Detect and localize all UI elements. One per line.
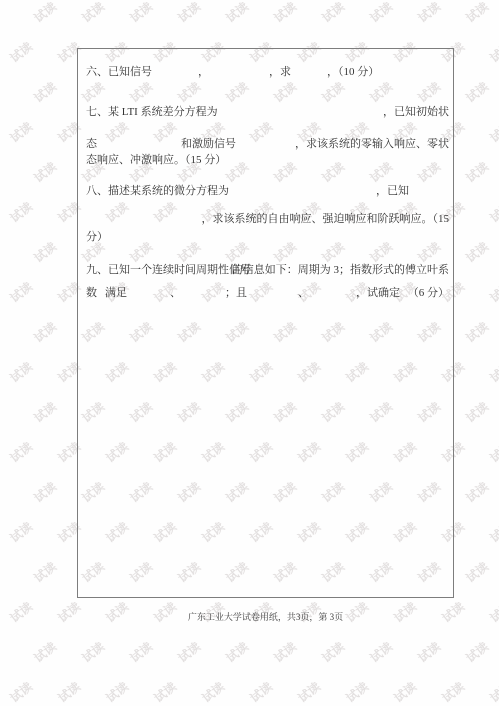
watermark-text: 试读 [414,638,443,666]
exam-content-border: 六、已知信号 ， ，求 ，（10 分） 七、某 LTI 系统差分方程为 ，已知初… [77,48,454,598]
watermark-text: 试读 [462,318,491,346]
watermark-text: 试读 [486,118,499,146]
list-separator-1: 、 [170,286,181,300]
watermark-text: 试读 [78,638,107,666]
watermark-text: 试读 [462,478,491,506]
watermark-text: 试读 [198,678,227,706]
question-7-known: ，已知初始状 [383,105,449,119]
question-7-label: 七、某 LTI 系统差分方程为 [86,105,218,119]
watermark-text: 试读 [486,358,499,386]
question-8-ask: ，求该系统的自由响应、强迫响应和阶跃响应。（15 [202,212,450,226]
watermark-text: 试读 [366,638,395,666]
question-8-line-1: 八、描述某系统的微分方程为 ，已知 [78,184,453,198]
watermark-text: 试读 [6,438,35,466]
watermark-text: 试读 [486,198,499,226]
watermark-text: 试读 [6,358,35,386]
watermark-text: 试读 [486,518,499,546]
question-7-line-2: 态 和激励信号 ，求该系统的零输入响应、零状 [78,137,453,151]
watermark-text: 试读 [462,398,491,426]
watermark-text: 试读 [414,0,443,26]
watermark-text: 试读 [270,0,299,26]
formula-gap-comma: ， [198,65,209,79]
question-7-line-3: 态响应、冲激响应。（15 分） [78,153,453,167]
question-9-and: ；且 [225,286,247,300]
question-9-score: （6 分） [408,286,449,300]
watermark-text: 试读 [270,638,299,666]
watermark-text: 试读 [30,0,59,26]
watermark-text: 试读 [126,0,155,26]
question-6-ask: ，求 [269,65,291,79]
question-8-line-2: ，求该系统的自由响应、强迫响应和阶跃响应。（15 [78,212,453,226]
question-7-score: 态响应、冲激响应。（15 分） [86,153,226,167]
question-9-determine: ，试确定 [356,286,400,300]
watermark-text: 试读 [30,638,59,666]
watermark-text: 试读 [174,0,203,26]
watermark-text: 试读 [30,158,59,186]
question-7-state: 态 [86,137,97,151]
watermark-text: 试读 [30,558,59,586]
watermark-text: 试读 [6,678,35,706]
watermark-text: 试读 [342,678,371,706]
list-separator-2: 、 [298,286,309,300]
watermark-text: 试读 [246,678,275,706]
watermark-text: 试读 [6,598,35,626]
question-7-ask: ，求该系统的零输入响应、零状 [295,137,449,151]
watermark-text: 试读 [222,0,251,26]
watermark-text: 试读 [294,678,323,706]
watermark-text: 试读 [462,238,491,266]
watermark-text: 试读 [6,38,35,66]
watermark-text: 试读 [486,38,499,66]
watermark-text: 试读 [462,78,491,106]
watermark-text: 试读 [30,238,59,266]
watermark-text: 试读 [150,678,179,706]
watermark-text: 试读 [30,318,59,346]
question-9-line-1: 九、已知一个连续时间周期性信号 的信息如下：周期为 3；指数形式的傅立叶系 [78,263,453,277]
question-8-label: 八、描述某系统的微分方程为 [86,184,229,198]
scanned-exam-page: 试读试读试读试读试读试读试读试读试读试读试读试读试读试读试读试读试读试读试读试读… [0,0,499,706]
question-6-label: 六、已知信号 [86,65,152,79]
watermark-text: 试读 [318,638,347,666]
watermark-text: 试读 [102,678,131,706]
watermark-text: 试读 [30,78,59,106]
question-6-score: ，（10 分） [327,65,379,79]
watermark-text: 试读 [126,638,155,666]
watermark-text: 试读 [486,278,499,306]
watermark-text: 试读 [462,158,491,186]
watermark-text: 试读 [318,0,347,26]
watermark-text: 试读 [366,0,395,26]
question-9-line-2: 数 满足 、 ；且 、 ，试确定 （6 分） [78,286,453,300]
question-6-line: 六、已知信号 ， ，求 ，（10 分） [78,65,453,79]
watermark-text: 试读 [438,678,467,706]
watermark-text: 试读 [30,478,59,506]
watermark-text: 试读 [30,398,59,426]
question-7-excitation: 和激励信号 [181,137,236,151]
watermark-text: 试读 [390,678,419,706]
question-9-label: 九、已知一个连续时间周期性信号 [86,263,251,277]
watermark-text: 试读 [462,638,491,666]
watermark-text: 试读 [54,678,83,706]
watermark-text: 试读 [486,678,499,706]
watermark-text: 试读 [486,598,499,626]
watermark-text: 试读 [174,638,203,666]
question-9-satisfy: 满足 [105,286,127,300]
watermark-text: 试读 [6,518,35,546]
question-9-coeff: 数 [86,286,97,300]
question-8-line-3: 分） [78,230,453,244]
question-8-score-tail: 分） [86,230,108,244]
watermark-text: 试读 [462,0,491,26]
watermark-text: 试读 [486,438,499,466]
watermark-text: 试读 [78,0,107,26]
watermark-text: 试读 [6,198,35,226]
question-7-line-1: 七、某 LTI 系统差分方程为 ，已知初始状 [78,105,453,119]
question-8-known: ，已知 [376,184,409,198]
watermark-text: 试读 [6,278,35,306]
question-9-info: 的信息如下：周期为 3；指数形式的傅立叶系 [232,263,449,277]
watermark-text: 试读 [462,558,491,586]
watermark-text: 试读 [222,638,251,666]
watermark-text: 试读 [6,118,35,146]
page-footer: 广东工业大学试卷用纸，共3页，第 3页 [77,611,454,623]
